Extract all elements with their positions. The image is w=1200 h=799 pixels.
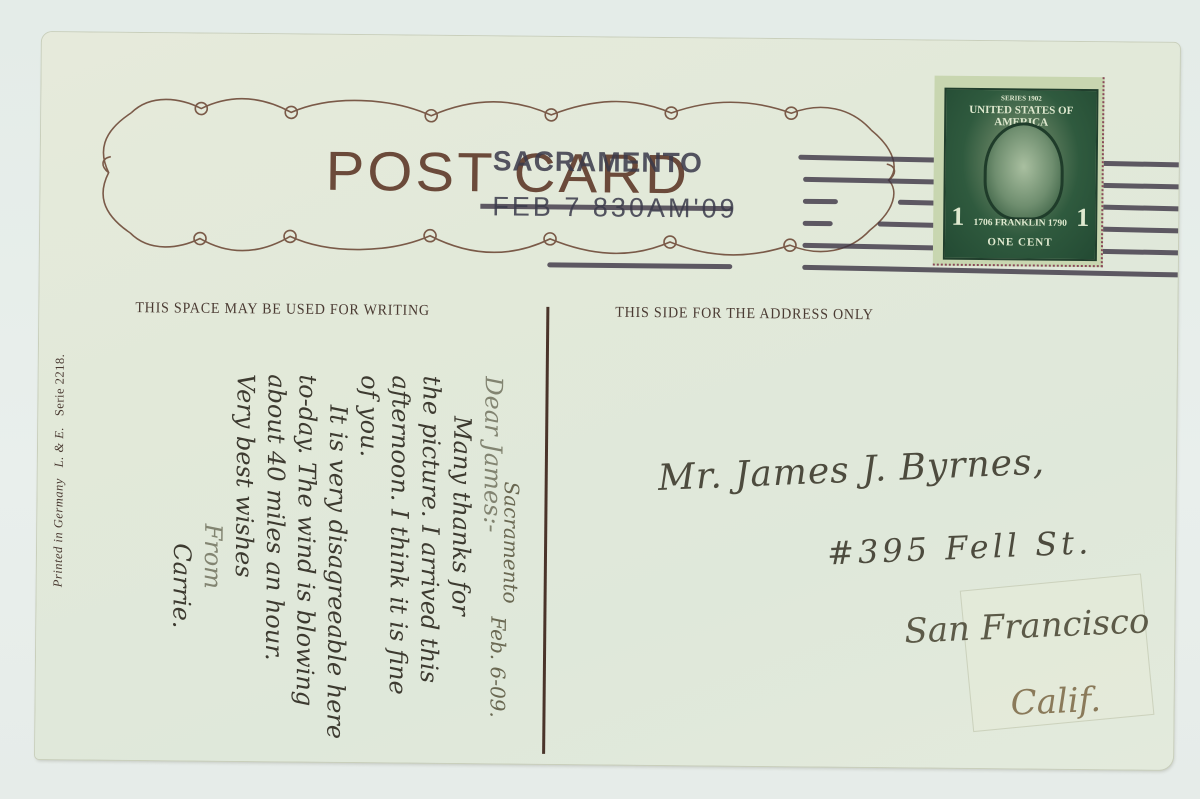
publisher-prefix: Printed in Germany xyxy=(51,478,66,587)
message-line: the picture. I arrived this xyxy=(412,376,446,740)
message-line: Very best wishes xyxy=(226,374,260,738)
address-side-heading: THIS SIDE FOR THE ADDRESS ONLY xyxy=(615,305,874,325)
handwritten-message: Dear James:- Many thanks for the picture… xyxy=(164,373,508,740)
address-state: Calif. xyxy=(1010,680,1102,724)
writing-side-heading: THIS SPACE MAY BE USED FOR WRITING xyxy=(135,300,430,320)
publisher-imprint: Printed in Germany L. & E. Serie 2218. xyxy=(51,354,68,588)
message-line: of you. xyxy=(350,375,384,739)
postmark-date: FEB 7 830AM'09 xyxy=(492,191,738,224)
message-line: Carrie. xyxy=(164,373,198,737)
center-divider xyxy=(542,307,549,754)
publisher-company: L. & E. xyxy=(52,427,66,467)
publisher-series: Serie 2218. xyxy=(52,354,67,417)
address-name: Mr. James J. Byrnes, xyxy=(657,442,1046,500)
message-line: afternoon. I think it is fine xyxy=(381,375,415,739)
stamp-perforation xyxy=(933,76,1105,268)
message-line: Many thanks for xyxy=(443,376,477,740)
postcard: POST CARD SACRAMENTO FEB 7 830AM'09 SERI… xyxy=(35,32,1180,770)
postage-stamp: SERIES 1902 UNITED STATES OF AMERICA 1 1… xyxy=(933,76,1105,268)
message-line: about 40 miles an hour. xyxy=(257,374,291,738)
message-line: From xyxy=(195,374,229,738)
address-street: #395 Fell St. xyxy=(826,523,1092,572)
postmark-city: SACRAMENTO xyxy=(493,145,703,179)
message-line: It is very disagreeable here xyxy=(319,375,353,739)
message-line: to-day. The wind is blowing xyxy=(288,374,322,738)
message-line: Dear James:- xyxy=(474,376,508,740)
